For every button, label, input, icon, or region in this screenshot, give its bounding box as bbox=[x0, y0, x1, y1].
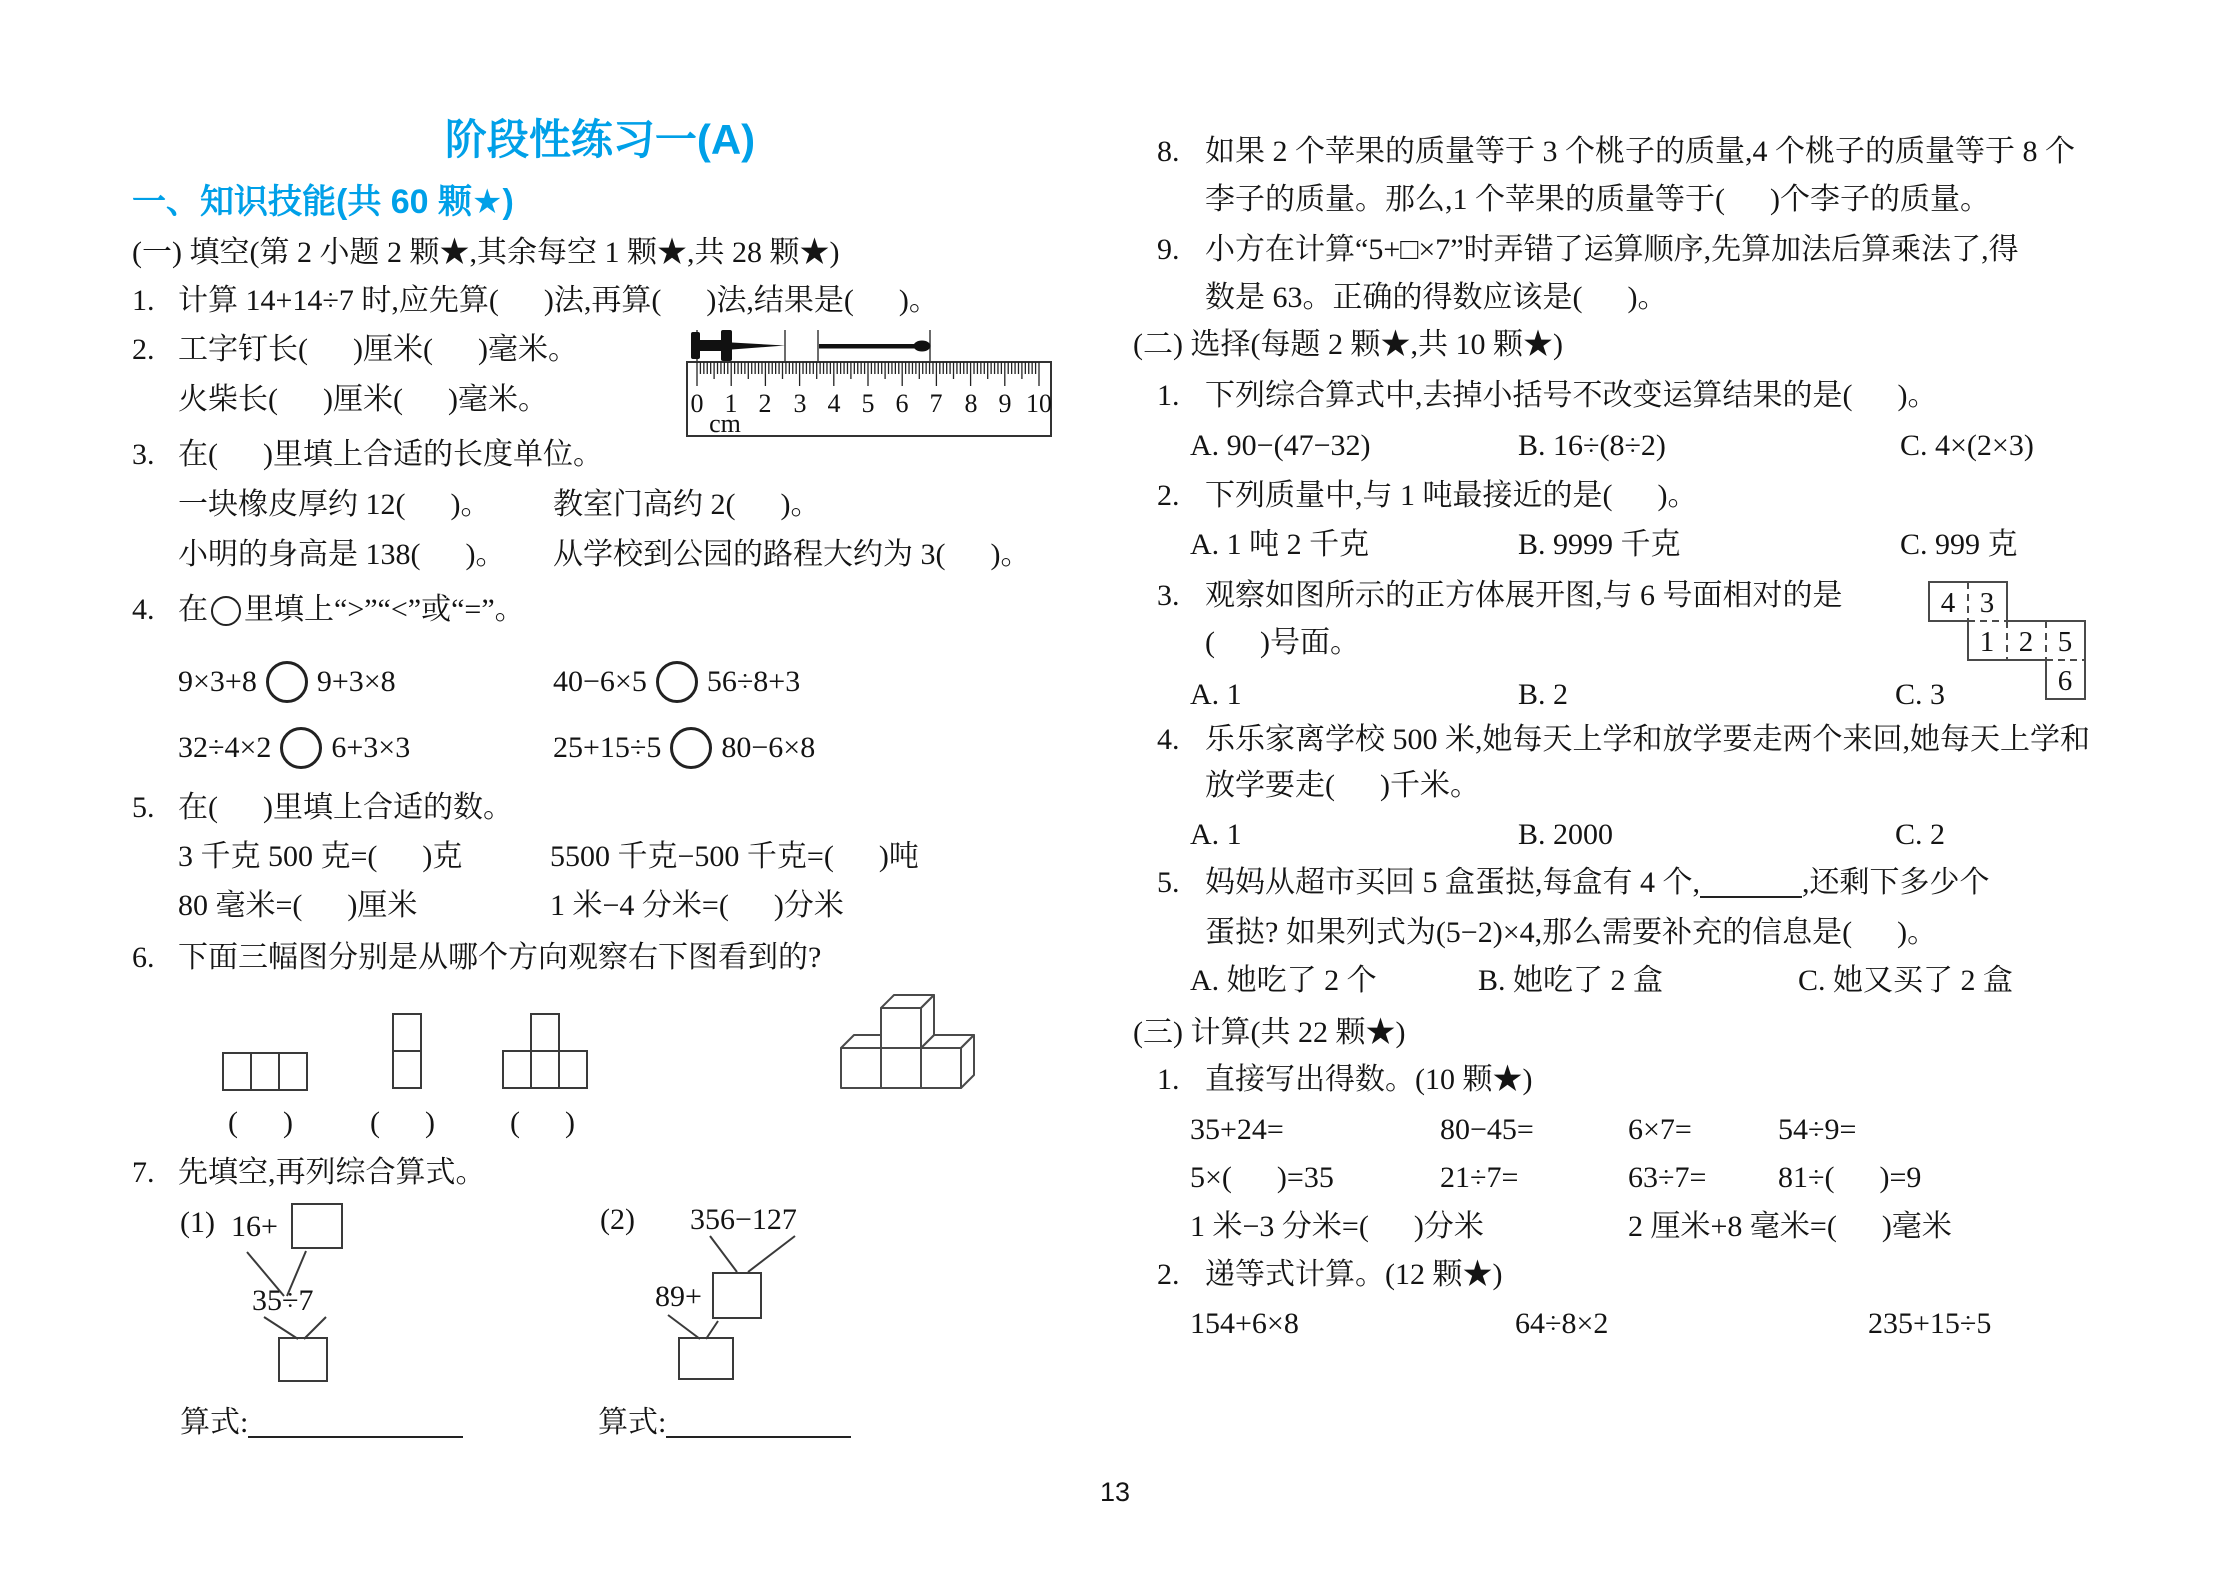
comparison-3-left: 32÷4×2 bbox=[178, 728, 271, 768]
c2-number: 2. bbox=[1157, 476, 1205, 516]
stepwise-calc-item: 235+15÷5 bbox=[1868, 1304, 1991, 1344]
choice-q2-options: A. 1 吨 2 千克 B. 9999 千克 C. 999 克 bbox=[0, 525, 2220, 575]
mental-calc-item: 63÷7= bbox=[1628, 1158, 1706, 1198]
choice-q2: 2.下列质量中,与 1 吨最接近的是( )。 bbox=[1157, 476, 1697, 516]
d2-number: 2. bbox=[1157, 1255, 1205, 1295]
view-figure-side bbox=[392, 1013, 422, 1089]
d2-text: 递等式计算。(12 颗★) bbox=[1205, 1258, 1502, 1291]
ruler-label-3: 3 bbox=[794, 389, 807, 418]
square-cell bbox=[250, 1052, 280, 1091]
c5-option-a: A. 她吃了 2 个 bbox=[1190, 961, 1377, 1001]
comparison-circle bbox=[280, 727, 322, 769]
c1-option-c: C. 4×(2×3) bbox=[1900, 426, 2034, 466]
subsection-fill-heading: (一) 填空(第 2 小题 2 颗★,其余每空 1 颗★,共 28 颗★) bbox=[132, 233, 839, 273]
square-cell bbox=[530, 1050, 560, 1089]
fill-q9-line2: 数是 63。正确的得数应该是( )。 bbox=[1205, 278, 1667, 318]
expression-label: 算式: bbox=[180, 1406, 248, 1439]
c2-option-c: C. 999 克 bbox=[1900, 525, 2018, 565]
fill-q2-line1: 2.工字钉长( )厘米( )毫米。 bbox=[132, 330, 578, 370]
page-title: 阶段性练习一(A) bbox=[330, 120, 870, 160]
c3-option-a: A. 1 bbox=[1190, 675, 1242, 715]
q2-number: 2. bbox=[132, 330, 178, 370]
q5-conv-3: 80 毫米=( )厘米 bbox=[178, 886, 417, 926]
d1-text: 直接写出得数。(10 颗★) bbox=[1205, 1063, 1532, 1096]
square-cell bbox=[222, 1052, 252, 1091]
c4-option-c: C. 2 bbox=[1895, 815, 1945, 855]
ruler-label-7: 7 bbox=[930, 389, 943, 418]
fill-q2-line2: 火柴长( )厘米( )毫米。 bbox=[178, 380, 548, 420]
square-cell bbox=[530, 1013, 560, 1052]
ruler-label-9: 9 bbox=[999, 389, 1012, 418]
c4-number: 4. bbox=[1157, 720, 1205, 760]
stepwise-calc-item: 64÷8×2 bbox=[1515, 1304, 1608, 1344]
mental-calc-item: 81÷( )=9 bbox=[1778, 1158, 1921, 1198]
choice-q4-line2: 放学要走( )千米。 bbox=[1205, 766, 1480, 806]
q9-number: 9. bbox=[1157, 230, 1205, 270]
ruler-label-4: 4 bbox=[828, 389, 841, 418]
q1-text: 计算 14+14÷7 时,应先算( )法,再算( )法,结果是( )。 bbox=[178, 284, 939, 317]
c5-text-1b: ,还剩下多少个 bbox=[1802, 866, 1990, 899]
q4-text-pre: 在 bbox=[178, 593, 208, 626]
c2-option-b: B. 9999 千克 bbox=[1518, 525, 1681, 565]
c3-option-b: B. 2 bbox=[1518, 675, 1568, 715]
square-cell bbox=[558, 1050, 588, 1089]
net-face-4: 4 bbox=[1941, 587, 1956, 619]
q2-text-2: 火柴长( )厘米( )毫米。 bbox=[178, 383, 548, 416]
calc-q1-row2: 5×( )=35 21÷7= 63÷7= 81÷( )=9 bbox=[0, 1158, 2220, 1208]
q9-text-1: 小方在计算“5+□×7”时弄错了运算顺序,先算加法后算乘法了,得 bbox=[1205, 233, 2019, 266]
choice-q5-line1: 5.妈妈从超市买回 5 盒蛋挞,每盒有 4 个,,还剩下多少个 bbox=[1157, 863, 1990, 903]
choice-q3-line2: ( )号面。 bbox=[1205, 623, 1360, 663]
page-number: 13 bbox=[1080, 1472, 1150, 1512]
comparison-4-right: 80−6×8 bbox=[721, 728, 815, 768]
q7-part1-expression: 算式: bbox=[180, 1403, 463, 1443]
expression-blank bbox=[666, 1404, 851, 1438]
mental-calc-item: 35+24= bbox=[1190, 1110, 1284, 1150]
c1-number: 1. bbox=[1157, 376, 1205, 416]
mental-calc-item: 21÷7= bbox=[1440, 1158, 1518, 1198]
q4-number: 4. bbox=[132, 590, 178, 630]
subsection-choice-heading: (二) 选择(每题 2 颗★,共 10 颗★) bbox=[1133, 325, 1563, 365]
comparison-3-right: 6+3×3 bbox=[331, 728, 410, 768]
choice-q5-line2: 蛋挞? 如果列式为(5−2)×4,那么需要补充的信息是( )。 bbox=[1205, 913, 1937, 953]
choice-q3-options: A. 1 B. 2 C. 3 bbox=[0, 675, 2220, 725]
choice-q1-options: A. 90−(47−32) B. 16÷(8÷2) C. 4×(2×3) bbox=[0, 426, 2220, 476]
q8-text-1: 如果 2 个苹果的质量等于 3 个桃子的质量,4 个桃子的质量等于 8 个 bbox=[1205, 135, 2075, 168]
fill-q9-line1: 9.小方在计算“5+□×7”时弄错了运算顺序,先算加法后算乘法了,得 bbox=[1157, 230, 2019, 270]
c3-number: 3. bbox=[1157, 576, 1205, 616]
q2-text-1: 工字钉长( )厘米( )毫米。 bbox=[178, 333, 578, 366]
mental-calc-item: 80−45= bbox=[1440, 1110, 1534, 1150]
choice-q5-options: A. 她吃了 2 个 B. 她吃了 2 盒 C. 她又买了 2 盒 bbox=[0, 961, 2220, 1011]
stepwise-calc-item: 154+6×8 bbox=[1190, 1304, 1299, 1344]
ruler-label-2: 2 bbox=[759, 389, 772, 418]
ruler-label-10: 10 bbox=[1026, 389, 1052, 418]
ruler-label-6: 6 bbox=[896, 389, 909, 418]
c5-text-1a: 妈妈从超市买回 5 盒蛋挞,每盒有 4 个, bbox=[1205, 866, 1700, 899]
square-row bbox=[502, 1050, 588, 1089]
c4-text-1: 乐乐家离学校 500 米,她每天上学和放学要走两个来回,她每天上学和 bbox=[1205, 723, 2090, 756]
c1-option-b: B. 16÷(8÷2) bbox=[1518, 426, 1666, 466]
c4-option-a: A. 1 bbox=[1190, 815, 1242, 855]
expression-blank bbox=[248, 1404, 463, 1438]
matchstick-icon bbox=[819, 341, 931, 352]
ruler-label-5: 5 bbox=[862, 389, 875, 418]
ruler-label-0: 0 bbox=[691, 389, 704, 418]
fill-q8-line1: 8.如果 2 个苹果的质量等于 3 个桃子的质量,4 个桃子的质量等于 8 个 bbox=[1157, 132, 2075, 172]
ruler-label-8: 8 bbox=[965, 389, 978, 418]
fill-q4: 4.在里填上“>”“<”或“=”。 bbox=[132, 590, 525, 630]
mental-calc-item: 54÷9= bbox=[1778, 1110, 1856, 1150]
section-skill-heading: 一、知识技能(共 60 颗★) bbox=[132, 182, 514, 222]
square-cell bbox=[502, 1050, 532, 1089]
choice-q3-line1: 3.观察如图所示的正方体展开图,与 6 号面相对的是 bbox=[1157, 576, 1843, 616]
cube-net-figure: 4 3 1 2 5 6 bbox=[1928, 581, 2088, 701]
c5-option-c: C. 她又买了 2 盒 bbox=[1798, 961, 2013, 1001]
mental-calc-item: 2 厘米+8 毫米=( )毫米 bbox=[1628, 1207, 1952, 1247]
c2-text: 下列质量中,与 1 吨最接近的是( )。 bbox=[1205, 479, 1697, 512]
q5-conv-4: 1 米−4 分米=( )分米 bbox=[550, 886, 844, 926]
square-cell bbox=[278, 1052, 308, 1091]
subsection-calc-heading: (三) 计算(共 22 颗★) bbox=[1133, 1013, 1405, 1053]
choice-q4-line1: 4.乐乐家离学校 500 米,她每天上学和放学要走两个来回,她每天上学和 bbox=[1157, 720, 2090, 760]
comparison-3: 32÷4×26+3×3 bbox=[178, 722, 410, 774]
calc-q2: 2.递等式计算。(12 颗★) bbox=[1157, 1255, 1502, 1295]
pushpin-icon bbox=[691, 330, 785, 361]
net-face-5: 5 bbox=[2058, 626, 2073, 658]
q3-door: 教室门高约 2( )。 bbox=[553, 485, 820, 525]
calc-q1-row3: 1 米−3 分米=( )分米 2 厘米+8 毫米=( )毫米 bbox=[0, 1207, 2220, 1257]
net-face-6: 6 bbox=[2058, 665, 2073, 697]
c5-condition-blank bbox=[1700, 864, 1802, 898]
c3-text-1: 观察如图所示的正方体展开图,与 6 号面相对的是 bbox=[1205, 579, 1843, 612]
net-face-1: 1 bbox=[1980, 626, 1995, 658]
mental-calc-item: 5×( )=35 bbox=[1190, 1158, 1334, 1198]
comparison-circle bbox=[670, 727, 712, 769]
square-cell bbox=[392, 1013, 422, 1052]
q8-number: 8. bbox=[1157, 132, 1205, 172]
comparison-4: 25+15÷580−6×8 bbox=[553, 722, 815, 774]
mental-calc-item: 6×7= bbox=[1628, 1110, 1692, 1150]
choice-q4-options: A. 1 B. 2000 C. 2 bbox=[0, 815, 2220, 865]
d1-number: 1. bbox=[1157, 1060, 1205, 1100]
c4-option-b: B. 2000 bbox=[1518, 815, 1613, 855]
comparison-4-left: 25+15÷5 bbox=[553, 728, 661, 768]
net-face-2: 2 bbox=[2019, 626, 2034, 658]
calc-q1: 1.直接写出得数。(10 颗★) bbox=[1157, 1060, 1532, 1100]
c5-option-b: B. 她吃了 2 盒 bbox=[1478, 961, 1663, 1001]
net-face-3: 3 bbox=[1980, 587, 1995, 619]
q1-number: 1. bbox=[132, 281, 178, 321]
square-cell bbox=[392, 1050, 422, 1089]
choice-q1: 1.下列综合算式中,去掉小括号不改变运算结果的是( )。 bbox=[1157, 376, 1937, 416]
view-figure-front bbox=[222, 1052, 308, 1091]
c1-option-a: A. 90−(47−32) bbox=[1190, 426, 1370, 466]
q7-part2-expression: 算式: bbox=[598, 1403, 851, 1443]
c2-option-a: A. 1 吨 2 千克 bbox=[1190, 525, 1369, 565]
c5-number: 5. bbox=[1157, 863, 1205, 903]
c1-text: 下列综合算式中,去掉小括号不改变运算结果的是( )。 bbox=[1205, 379, 1937, 412]
fill-q1: 1.计算 14+14÷7 时,应先算( )法,再算( )法,结果是( )。 bbox=[132, 281, 939, 321]
view-figure-top bbox=[502, 1013, 588, 1089]
worksheet-page: 阶段性练习一(A) 一、知识技能(共 60 颗★) (一) 填空(第 2 小题 … bbox=[0, 0, 2220, 1571]
mental-calc-item: 1 米−3 分米=( )分米 bbox=[1190, 1207, 1484, 1247]
ruler-figure: 0 1 2 3 4 5 6 7 8 9 10 cm bbox=[685, 326, 1055, 440]
calc-q2-row: 154+6×8 64÷8×2 235+15÷5 bbox=[0, 1304, 2220, 1354]
q4-text-post: 里填上“>”“<”或“=”。 bbox=[244, 593, 525, 626]
expression-label: 算式: bbox=[598, 1406, 666, 1439]
circle-glyph bbox=[211, 596, 241, 626]
fill-q8-line2: 李子的质量。那么,1 个苹果的质量等于( )个李子的质量。 bbox=[1205, 180, 1990, 220]
calc-q1-row1: 35+24= 80−45= 6×7= 54÷9= bbox=[0, 1110, 2220, 1160]
q3-eraser: 一块橡皮厚约 12( )。 bbox=[178, 485, 490, 525]
